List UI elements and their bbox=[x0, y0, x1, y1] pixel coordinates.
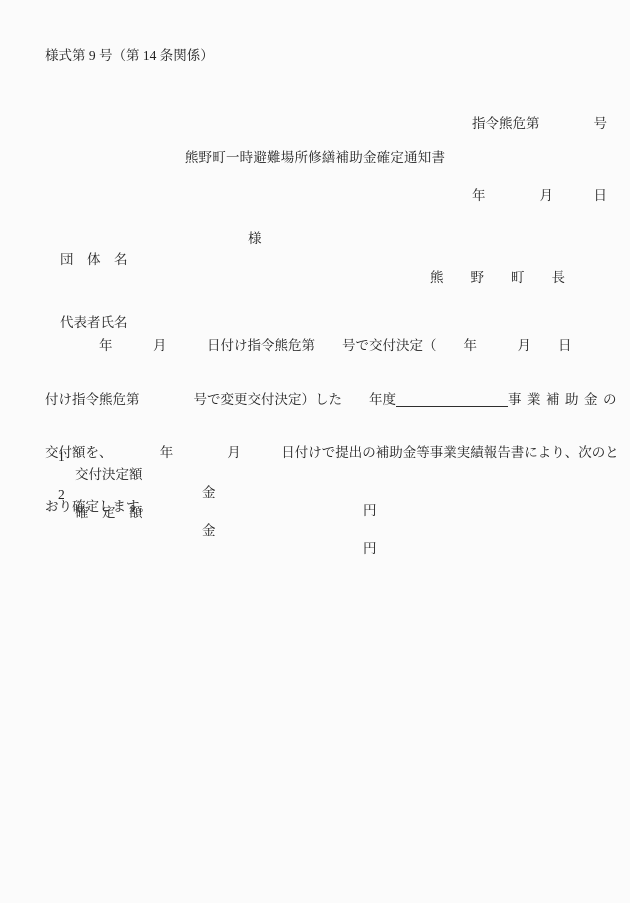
honorific-sama: 様 bbox=[248, 228, 262, 249]
item-row-grant-decision: 1 交付決定額 金 円 bbox=[45, 430, 605, 448]
item-unit-yen: 円 bbox=[363, 502, 377, 520]
item-amount-prefix: 金 bbox=[202, 522, 216, 540]
sender-mayor-line: 熊 野 町 長 bbox=[430, 266, 565, 286]
body-line-2-after-blank: 事業補助金の bbox=[508, 392, 622, 407]
body-line-2-before-blank: 付け指令熊危第 号で変更交付決定）した 年度 bbox=[45, 392, 396, 407]
reference-date-line: 年 月 日 bbox=[472, 184, 607, 208]
body-line-2: 付け指令熊危第 号で変更交付決定）した 年度事業補助金の bbox=[45, 389, 630, 411]
item-number: 2 bbox=[58, 486, 65, 504]
item-amount-prefix: 金 bbox=[202, 484, 216, 502]
document-title: 熊野町一時避難場所修繕補助金確定通知書 bbox=[0, 146, 630, 166]
item-row-confirmed-amount: 2 確 定 額 金 円 bbox=[45, 468, 605, 486]
item-label: 確 定 額 bbox=[75, 504, 143, 522]
document-page: 様式第 9 号（第 14 条関係） 指令熊危第 号 年 月 日 熊野町一時避難場… bbox=[0, 0, 630, 903]
item-unit-yen: 円 bbox=[363, 540, 377, 558]
form-number: 様式第 9 号（第 14 条関係） bbox=[45, 47, 214, 65]
item-number: 1 bbox=[58, 448, 65, 466]
reference-number-line: 指令熊危第 号 bbox=[472, 112, 607, 136]
group-name-label: 団 体 名 bbox=[60, 249, 128, 270]
blank-fill-underline bbox=[396, 392, 508, 407]
body-line-1: 年 月 日付け指令熊危第 号で交付決定（ 年 月 日 bbox=[45, 335, 630, 357]
